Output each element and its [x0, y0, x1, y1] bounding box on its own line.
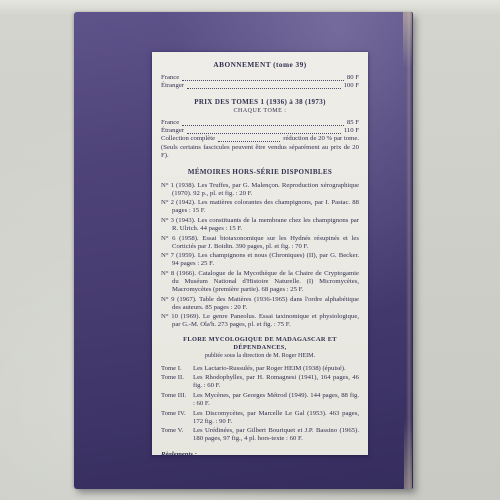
prix-subtitle: CHAQUE TOME :: [161, 108, 359, 115]
price-value: réduction de 20 % par tome.: [283, 135, 359, 143]
tome-row: Tome I. Les Lactario-Russulés, par Roger…: [161, 365, 359, 373]
tome-text: Les Lactario-Russulés, par Roger HEIM (1…: [193, 365, 359, 373]
price-value: 110 F: [344, 127, 359, 135]
memoires-section: MÉMOIRES HORS-SÉRIE DISPONIBLES N° 1 (19…: [161, 168, 359, 329]
memoire-item: N° 9 (1967). Table des Matières (1936-19…: [161, 296, 359, 312]
memoire-item: N° 10 (1969). Le genre Paneolus. Essai t…: [161, 313, 359, 329]
memoire-item: N° 6 (1958). Essai biotaxonomique sur le…: [161, 235, 359, 251]
flore-byline: publiée sous la direction de M. Roger HE…: [161, 353, 359, 360]
book-back-cover: ABONNEMENT (tome 39) France 80 F Étrange…: [74, 12, 413, 489]
tome-text: Les Discomycètes, par Marcelle Le Gal (1…: [193, 410, 359, 426]
price-value: 100 F: [344, 82, 359, 90]
memoires-title: MÉMOIRES HORS-SÉRIE DISPONIBLES: [161, 168, 359, 176]
worn-top-right-corner: [403, 12, 412, 68]
reglements-section: Règlements : — par virement postal au no…: [161, 451, 359, 455]
tome-list: Tome I. Les Lactario-Russulés, par Roger…: [161, 365, 359, 444]
prix-rows: France 85 F Étranger 110 F Collection co…: [161, 119, 359, 143]
tome-text: Les Mycènes, par Georges Métrod (1949). …: [193, 392, 359, 408]
price-value: 85 F: [347, 119, 359, 127]
price-label: Collection complète: [161, 135, 215, 143]
abonnement-title: ABONNEMENT (tome 39): [161, 61, 359, 70]
info-panel: ABONNEMENT (tome 39) France 80 F Étrange…: [152, 52, 368, 455]
dot-leader: [182, 80, 344, 81]
price-row: Collection complète réduction de 20 % pa…: [161, 135, 359, 143]
prix-tomes-section: PRIX DES TOMES 1 (1936) à 38 (1973) CHAQ…: [161, 98, 359, 161]
flore-section: FLORE MYCOLOGIQUE DE MADAGASCAR ET DÉPEN…: [161, 336, 359, 443]
dot-leader: [187, 133, 341, 134]
prix-title: PRIX DES TOMES 1 (1936) à 38 (1973): [161, 98, 359, 106]
price-label: France: [161, 74, 179, 82]
price-label: Étranger: [161, 127, 184, 135]
worn-bottom-right-corner: [404, 419, 412, 489]
price-value: 80 F: [347, 74, 359, 82]
memoire-item: N° 8 (1966). Catalogue de la Mycothèque …: [161, 270, 359, 294]
tome-row: Tome V. Les Urédinées, par Gilbert Bouri…: [161, 427, 359, 443]
price-row: France 80 F: [161, 74, 359, 82]
dot-leader: [187, 88, 341, 89]
tome-text: Les Rhodophylles, par H. Romagnesi (1941…: [193, 374, 359, 390]
worn-spine-edge: [406, 12, 413, 489]
photo-backdrop: ABONNEMENT (tome 39) France 80 F Étrange…: [0, 0, 500, 500]
tome-row: Tome II. Les Rhodophylles, par H. Romagn…: [161, 374, 359, 390]
tome-label: Tome II.: [161, 374, 193, 390]
reglements-title: Règlements :: [161, 451, 359, 455]
tome-label: Tome V.: [161, 427, 193, 443]
dot-leader: [218, 141, 280, 142]
price-label: Étranger: [161, 82, 184, 90]
memoire-item: N° 7 (1959). Les champignons et nous (Ch…: [161, 252, 359, 268]
abonnement-section: ABONNEMENT (tome 39) France 80 F Étrange…: [161, 61, 359, 90]
price-row: Étranger 100 F: [161, 82, 359, 90]
memoire-item: N° 1 (1938). Les Truffes, par G. Malenço…: [161, 182, 359, 198]
tome-text: Les Urédinées, par Gilbert Bouriquet et …: [193, 427, 359, 443]
memoire-item: N° 2 (1942). Les matières colorantes des…: [161, 199, 359, 215]
price-row: France 85 F: [161, 119, 359, 127]
tome-label: Tome I.: [161, 365, 193, 373]
tome-label: Tome IV.: [161, 410, 193, 426]
tome-label: Tome III.: [161, 392, 193, 408]
tome-row: Tome III. Les Mycènes, par Georges Métro…: [161, 392, 359, 408]
price-row: Étranger 110 F: [161, 127, 359, 135]
dot-leader: [182, 125, 344, 126]
flore-title: FLORE MYCOLOGIQUE DE MADAGASCAR ET DÉPEN…: [161, 336, 359, 351]
tome-row: Tome IV. Les Discomycètes, par Marcelle …: [161, 410, 359, 426]
prix-note: (Seuls certains fascicules peuvent être …: [161, 144, 359, 160]
memoire-item: N° 3 (1943). Les constituants de la memb…: [161, 217, 359, 233]
